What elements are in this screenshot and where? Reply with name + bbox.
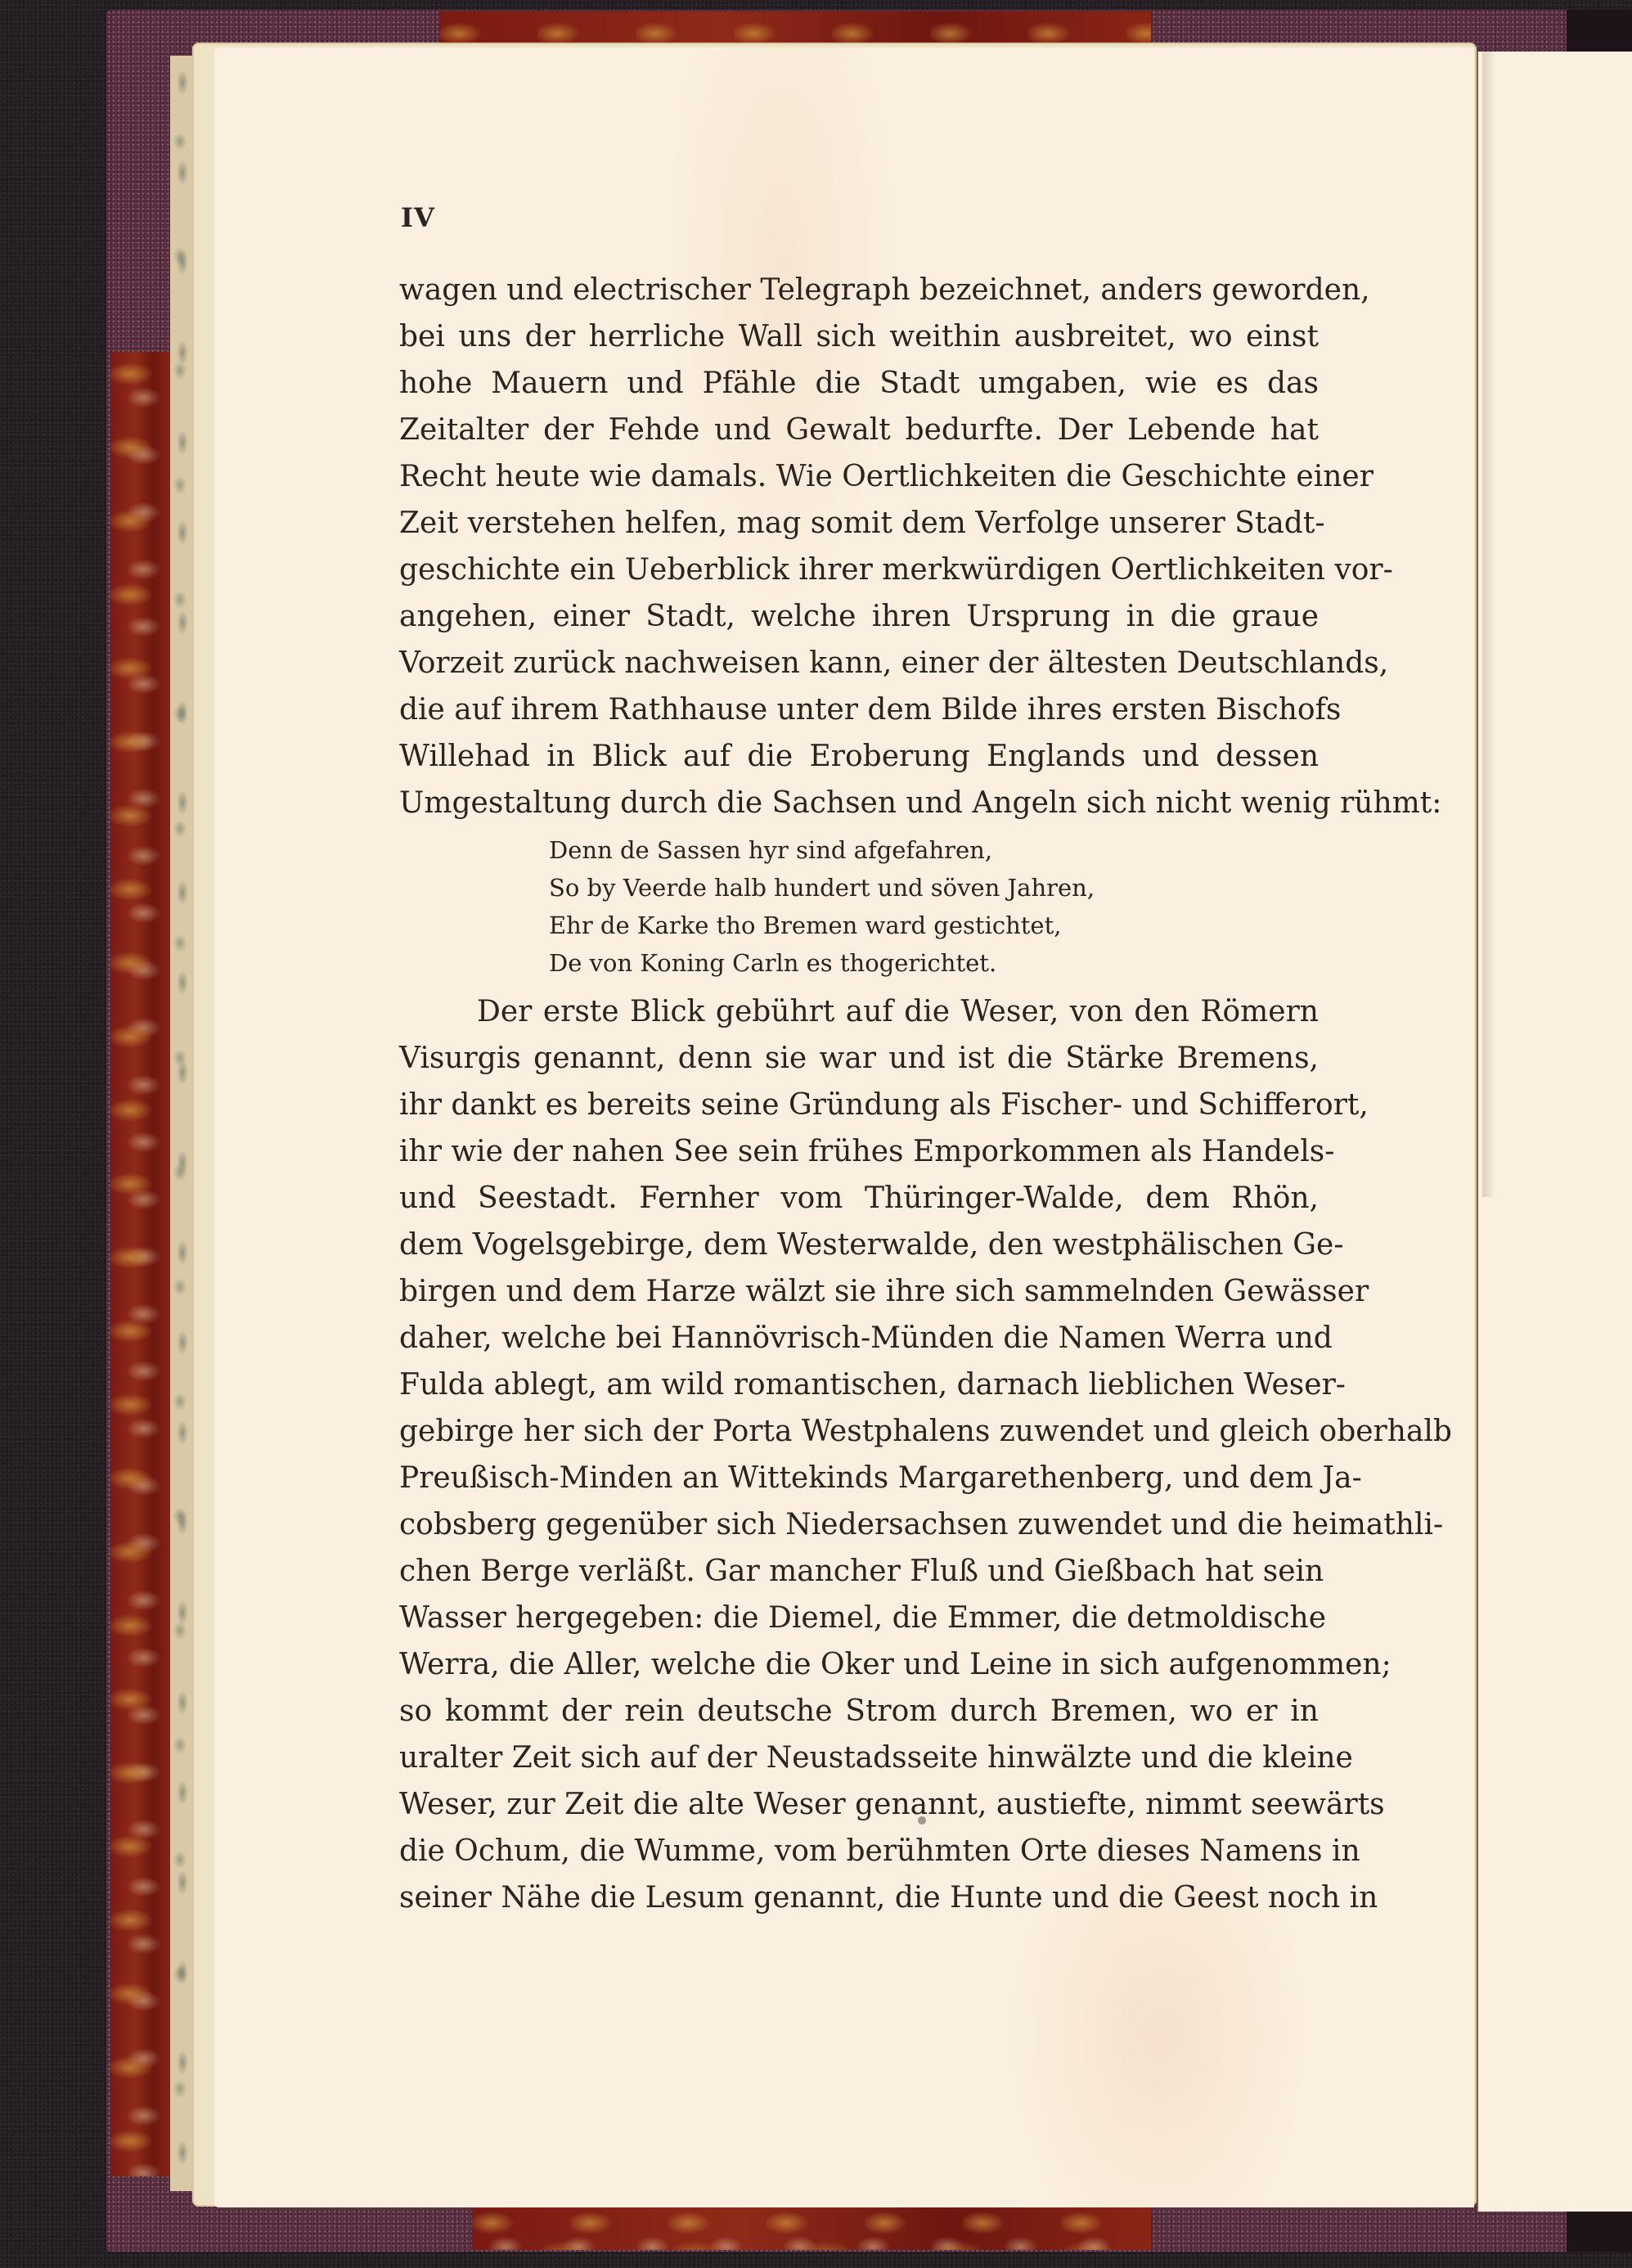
verse-line: Ehr de Karke tho Bremen ward gestichtet, — [399, 907, 1319, 944]
paragraph-2: Der erste Blick gebührt auf die Weser, v… — [399, 988, 1319, 1921]
marbled-paper-bottom — [472, 2201, 1151, 2250]
text-line: Umgestaltung durch die Sachsen und Angel… — [399, 780, 1319, 826]
verse-line: Denn de Sassen hyr sind afgefahren, — [399, 831, 1319, 869]
text-line: Wasser hergegeben: die Diemel, die Emmer… — [399, 1595, 1319, 1641]
text-line: angehen, einer Stadt, welche ihren Urspr… — [399, 593, 1319, 640]
text-line: Vorzeit zurück nachweisen kann, einer de… — [399, 640, 1319, 686]
decorative-endpaper — [170, 56, 195, 2191]
text-line: und Seestadt. Fernher vom Thüringer-Wald… — [399, 1175, 1319, 1222]
text-line: geschichte ein Ueberblick ihrer merkwürd… — [399, 547, 1319, 593]
ink-spot — [918, 1816, 926, 1825]
verse-quote: Denn de Sassen hyr sind afgefahren, So b… — [399, 831, 1319, 982]
gutter-crease — [1482, 52, 1494, 1197]
body-text: wagen und electrischer Telegraph bezeich… — [399, 267, 1319, 1921]
text-line: Zeit verstehen helfen, mag somit dem Ver… — [399, 500, 1319, 547]
text-line: ihr wie der nahen See sein frühes Empork… — [399, 1128, 1319, 1175]
marbled-paper-top — [439, 11, 1151, 44]
text-line: Werra, die Aller, welche die Oker und Le… — [399, 1641, 1319, 1688]
text-line: hohe Mauern und Pfähle die Stadt umgaben… — [399, 360, 1319, 407]
text-line: Weser, zur Zeit die alte Weser genannt, … — [399, 1781, 1319, 1828]
text-line: die Ochum, die Wumme, vom berühmten Orte… — [399, 1828, 1319, 1874]
facing-page — [1477, 52, 1632, 2212]
marbled-paper-left — [110, 352, 172, 2176]
verse-line: So by Veerde halb hundert und söven Jahr… — [399, 869, 1319, 907]
text-line: cobsberg gegenüber sich Niedersachsen zu… — [399, 1501, 1319, 1548]
paragraph-1: wagen und electrischer Telegraph bezeich… — [399, 267, 1319, 826]
text-line: Fulda ablegt, am wild romantischen, darn… — [399, 1361, 1319, 1408]
text-line: Der erste Blick gebührt auf die Weser, v… — [399, 988, 1319, 1035]
text-line: wagen und electrischer Telegraph bezeich… — [399, 267, 1319, 313]
text-line: Visurgis genannt, denn sie war und ist d… — [399, 1035, 1319, 1082]
text-line: seiner Nähe die Lesum genannt, die Hunte… — [399, 1874, 1319, 1921]
text-line: Preußisch-Minden an Wittekinds Margareth… — [399, 1455, 1319, 1501]
text-line: chen Berge verläßt. Gar mancher Fluß und… — [399, 1548, 1319, 1595]
text-line: Recht heute wie damals. Wie Oertlichkeit… — [399, 453, 1319, 500]
text-line: birgen und dem Harze wälzt sie ihre sich… — [399, 1268, 1319, 1315]
text-line: bei uns der herrliche Wall sich weithin … — [399, 313, 1319, 360]
text-line: Zeitalter der Fehde und Gewalt bedurfte.… — [399, 407, 1319, 453]
text-line: ihr dankt es bereits seine Gründung als … — [399, 1082, 1319, 1128]
text-line: die auf ihrem Rathhause unter dem Bilde … — [399, 686, 1319, 733]
text-line: so kommt der rein deutsche Strom durch B… — [399, 1688, 1319, 1735]
text-line: gebirge her sich der Porta Westphalens z… — [399, 1408, 1319, 1455]
verse-line: De von Koning Carln es thogerichtet. — [399, 944, 1319, 982]
text-line: dem Vogelsgebirge, dem Westerwalde, den … — [399, 1222, 1319, 1268]
text-line: Willehad in Blick auf die Eroberung Engl… — [399, 733, 1319, 780]
text-line: daher, welche bei Hannövrisch-Münden die… — [399, 1315, 1319, 1361]
text-line: uralter Zeit sich auf der Neustadsseite … — [399, 1735, 1319, 1781]
page-number: IV — [401, 202, 435, 233]
